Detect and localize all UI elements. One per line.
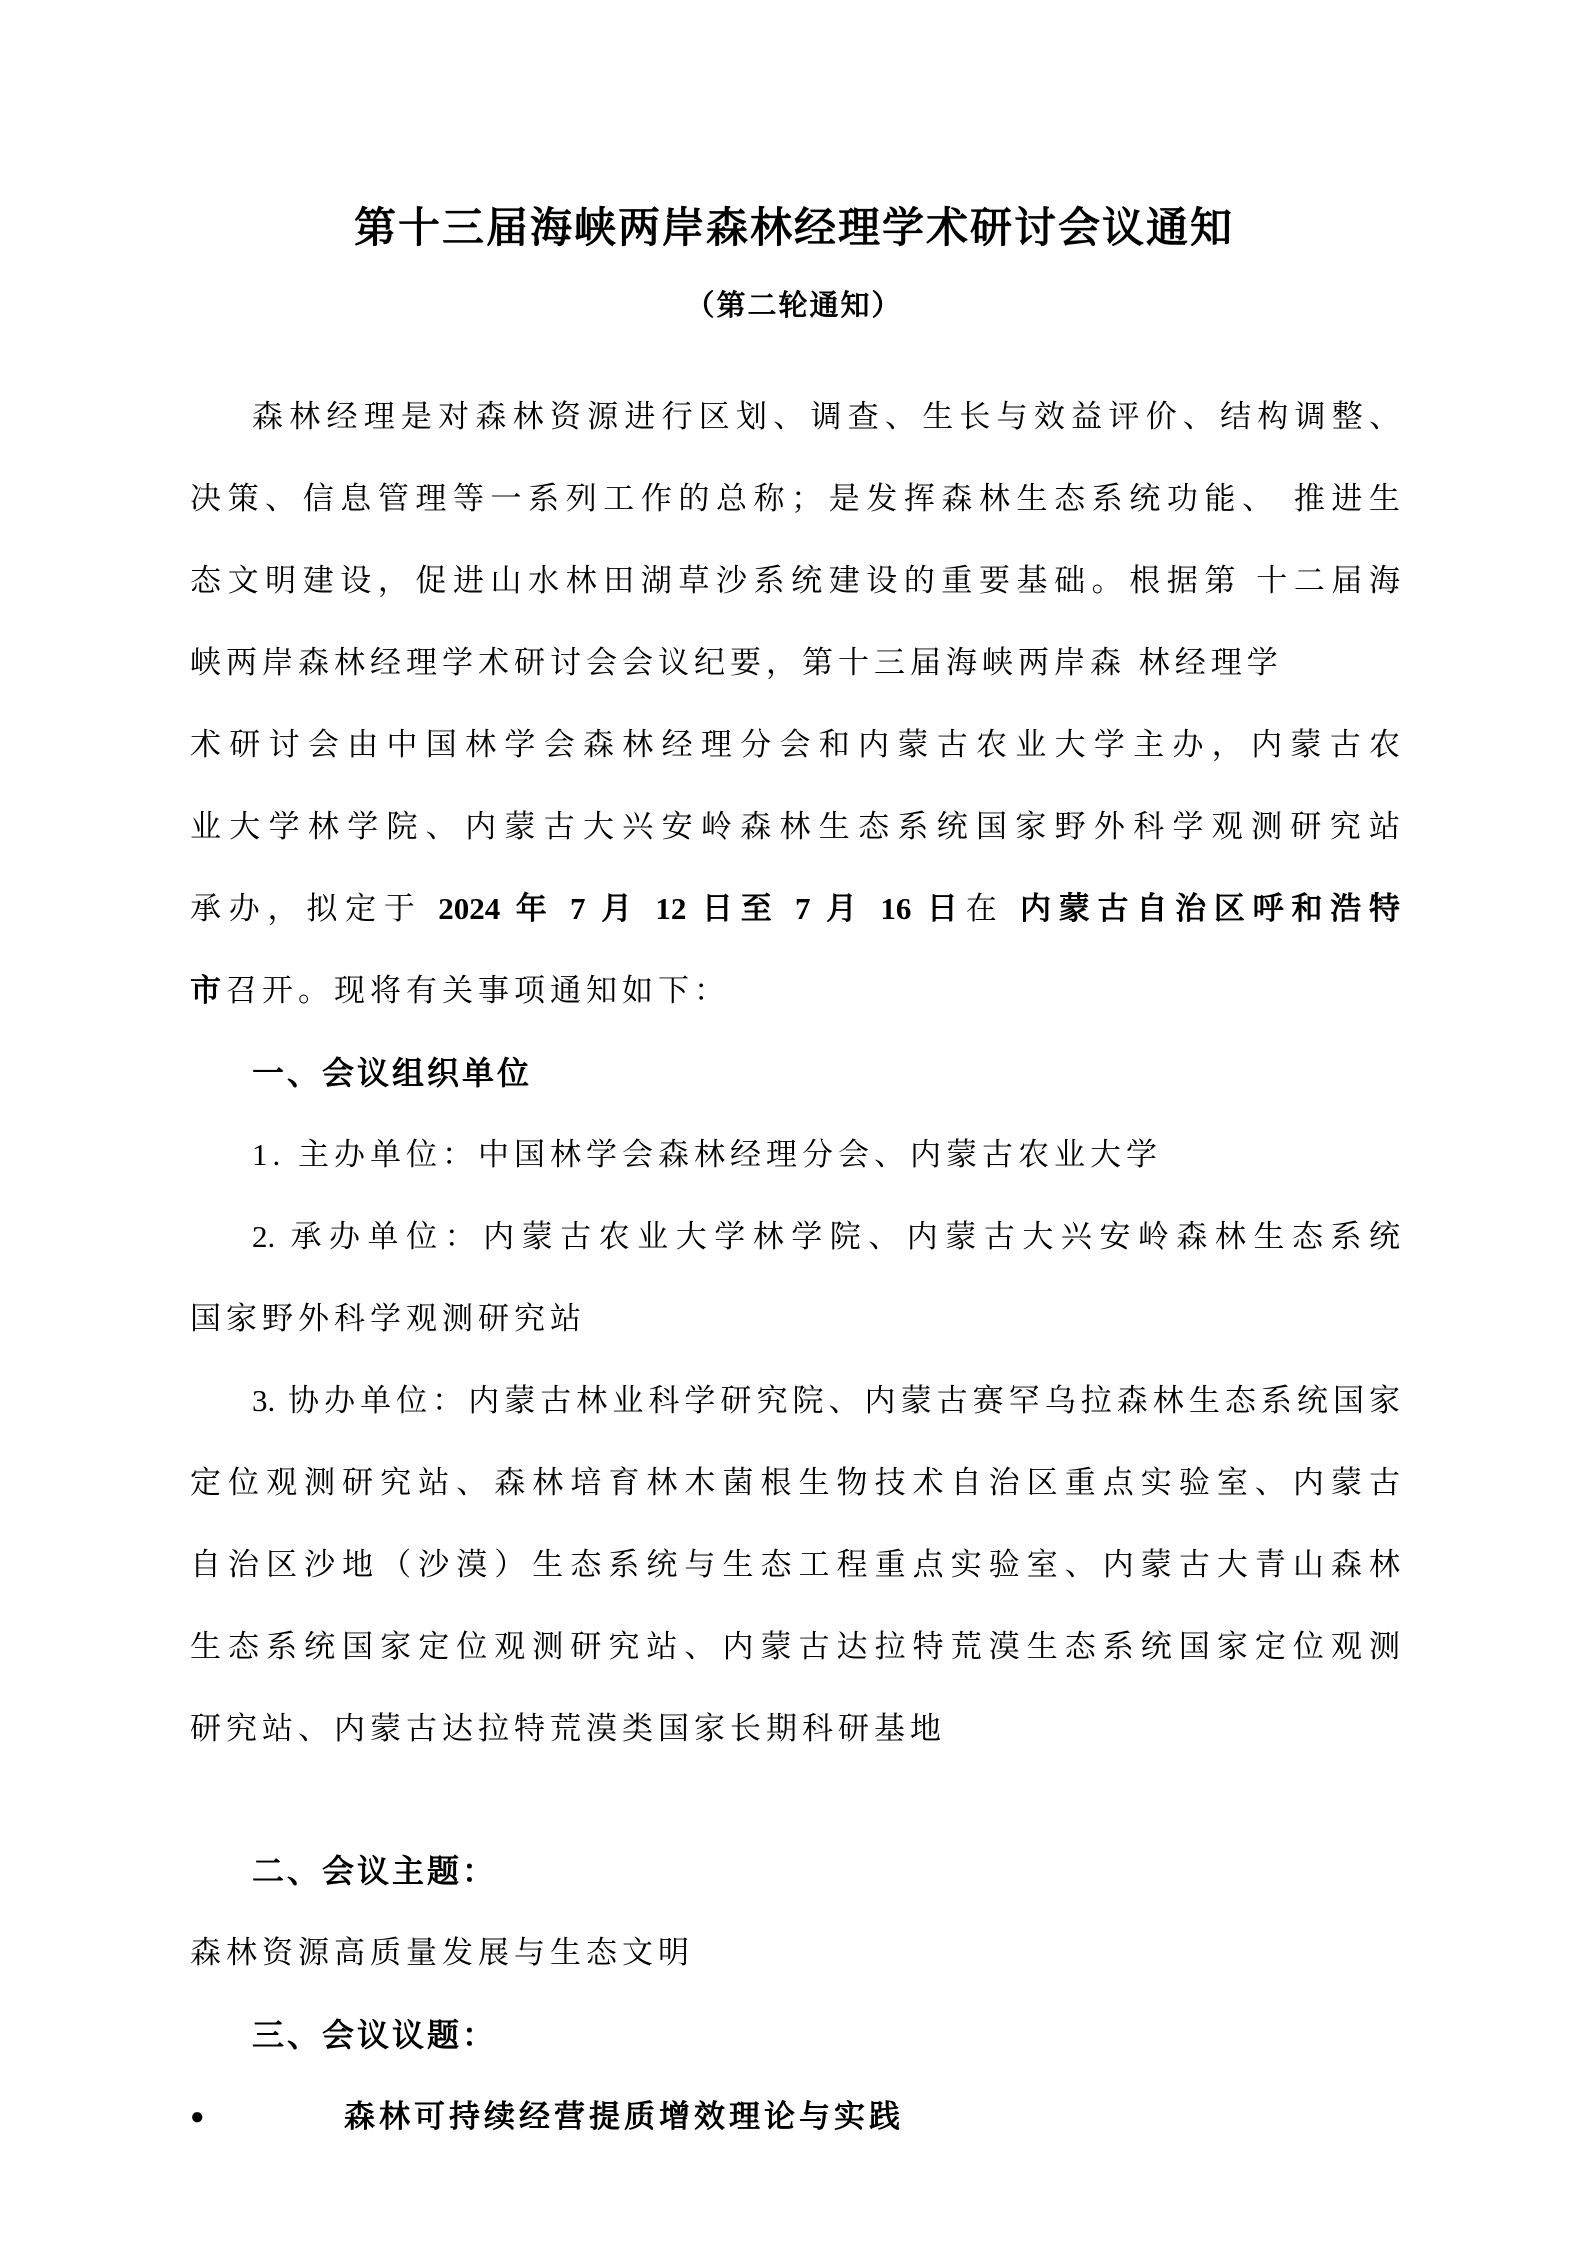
organizer-item-3-line-4: 生态系统国家定位观测研究站、内蒙古达拉特荒漠生态系统国家定位观测	[190, 1606, 1400, 1688]
bullet-icon: ●	[190, 2076, 252, 2158]
intro-line-5: 术研讨会由中国林学会森林经理分会和内蒙古农业大学主办，内蒙古农	[190, 704, 1400, 786]
conference-location-suffix: 市	[190, 973, 226, 1008]
section1-heading: 一、会议组织单位	[190, 1032, 1400, 1114]
intro-line-2: 决策、信息管理等一系列工作的总称；是发挥森林生态系统功能、 推进生	[190, 458, 1400, 540]
intro-line-7-connector: 在	[966, 891, 1020, 926]
organizer-item-3-line-3: 自治区沙地（沙漠）生态系统与生态工程重点实验室、内蒙古大青山森林	[190, 1524, 1400, 1606]
organizer-item-2-line-1: 2. 承办单位：内蒙古农业大学林学院、内蒙古大兴安岭森林生态系统	[190, 1196, 1400, 1278]
organizer-item-3-line-2: 定位观测研究站、森林培育林木菌根生物技术自治区重点实验室、内蒙古	[190, 1442, 1400, 1524]
section3-heading: 三、会议议题：	[190, 1994, 1400, 2076]
section2-heading: 二、会议主题：	[190, 1830, 1400, 1912]
section-gap	[190, 1770, 1400, 1830]
conference-location: 内蒙古自治区呼和浩特	[1020, 891, 1400, 926]
document-title: 第十三届海峡两岸森林经理学术研讨会议通知	[0, 200, 1588, 256]
conference-dates: 2024 年 7 月 12 日至 7 月 16 日	[438, 891, 965, 926]
topic-item-1: ●森林可持续经营提质增效理论与实践	[190, 2076, 1400, 2158]
intro-line-6: 业大学林学院、内蒙古大兴安岭森林生态系统国家野外科学观测研究站	[190, 786, 1400, 868]
document-body: 森林经理是对森林资源进行区划、调查、生长与效益评价、结构调整、 决策、信息管理等…	[190, 376, 1400, 2158]
document-page: 第十三届海峡两岸森林经理学术研讨会议通知 （第二轮通知） 森林经理是对森林资源进…	[0, 0, 1588, 2245]
intro-line-1: 森林经理是对森林资源进行区划、调查、生长与效益评价、结构调整、	[190, 376, 1400, 458]
organizer-item-3-line-5: 研究站、内蒙古达拉特荒漠类国家长期科研基地	[190, 1688, 1400, 1770]
conference-theme: 森林资源高质量发展与生态文明	[190, 1912, 1400, 1994]
organizer-item-3-line-1: 3. 协办单位：内蒙古林业科学研究院、内蒙古赛罕乌拉森林生态系统国家	[190, 1360, 1400, 1442]
topic-item-1-text: 森林可持续经营提质增效理论与实践	[344, 2076, 904, 2158]
document-subtitle: （第二轮通知）	[0, 286, 1588, 326]
organizer-item-1: 1. 主办单位：中国林学会森林经理分会、内蒙古农业大学	[190, 1114, 1400, 1196]
intro-line-8: 市召开。现将有关事项通知如下：	[190, 950, 1400, 1032]
intro-line-3: 态文明建设，促进山水林田湖草沙系统建设的重要基础。根据第 十二届海	[190, 540, 1400, 622]
intro-line-7: 承办，拟定于 2024 年 7 月 12 日至 7 月 16 日在 内蒙古自治区…	[190, 868, 1400, 950]
intro-line-4: 峡两岸森林经理学术研讨会会议纪要，第十三届海峡两岸森 林经理学	[190, 622, 1400, 704]
organizer-item-2-line-2: 国家野外科学观测研究站	[190, 1278, 1400, 1360]
intro-line-8-regular: 召开。现将有关事项通知如下：	[226, 973, 730, 1008]
intro-line-7-regular: 承办，拟定于	[190, 891, 438, 926]
